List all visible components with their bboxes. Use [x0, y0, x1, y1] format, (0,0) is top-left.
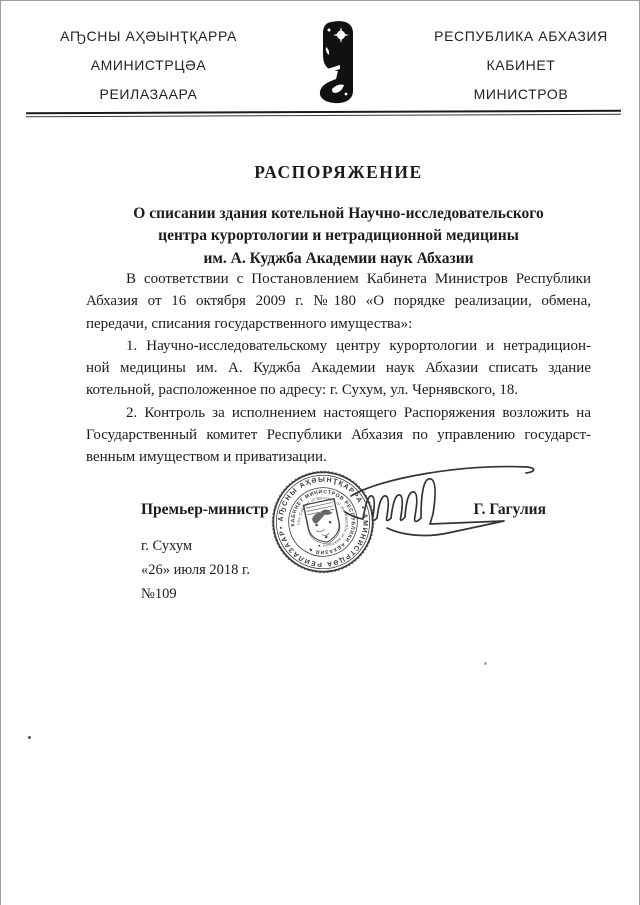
body-line: В соответствии с Постановлением Кабинета…: [86, 268, 591, 290]
body-line: Государственный комитет Республики Абхаз…: [86, 424, 591, 446]
header-left-line: АҦСНЫ АҲӘЫНҬҚАРРА: [41, 22, 256, 51]
place-line: г. Сухум: [141, 534, 250, 558]
date-line: «26» июля 2018 г.: [141, 558, 250, 582]
document-body: В соответствии с Постановлением Кабинета…: [86, 268, 591, 469]
scan-speck: [484, 662, 487, 665]
signatory-title: Премьер-министр: [141, 501, 269, 519]
body-line: передачи, списания государственного имущ…: [86, 313, 591, 335]
document-title: РАСПОРЯЖЕНИЕ: [86, 162, 591, 183]
body-line: котельной, расположенное по адресу: г. С…: [86, 379, 591, 401]
body-line: 1. Научно-исследовательскому центру куро…: [86, 335, 591, 357]
header-right-line: МИНИСТРОВ: [416, 80, 626, 109]
number-line: №109: [141, 582, 250, 606]
header-right-line: РЕСПУБЛИКА АБХАЗИЯ: [416, 22, 626, 51]
subtitle-line: О списании здания котельной Научно-иссле…: [86, 203, 591, 225]
handwritten-signature: [341, 456, 563, 568]
document-footer: г. Сухум «26» июля 2018 г. №109: [141, 534, 250, 606]
body-line: Абхазия от 16 октября 2009 г. №180 «О по…: [86, 290, 591, 312]
header-left-line: РЕИЛАЗААРА: [41, 80, 256, 109]
scanned-document-page: { "page": { "header": { "left_lines": ["…: [0, 0, 640, 905]
header-left-block: АҦСНЫ АҲӘЫНҬҚАРРА АМИНИСТРЦӘА РЕИЛАЗААРА: [41, 22, 256, 109]
subtitle-line: центра курортологии и нетрадиционной мед…: [86, 225, 591, 247]
header-left-line: АМИНИСТРЦӘА: [41, 51, 256, 80]
body-line: ной медицины им. А. Куджба Академии наук…: [86, 357, 591, 379]
subtitle-line: им. А. Куджба Академии наук Абхазии: [86, 248, 591, 270]
header-right-block: РЕСПУБЛИКА АБХАЗИЯ КАБИНЕТ МИНИСТРОВ: [416, 22, 626, 109]
document-subtitle: О списании здания котельной Научно-иссле…: [86, 203, 591, 270]
header-right-line: КАБИНЕТ: [416, 51, 626, 80]
cabinet-emblem-icon: [317, 21, 355, 105]
header-divider-rule: [26, 110, 621, 118]
scan-speck: [28, 736, 31, 739]
body-line: 2. Контроль за исполнением настоящего Ра…: [86, 402, 591, 424]
